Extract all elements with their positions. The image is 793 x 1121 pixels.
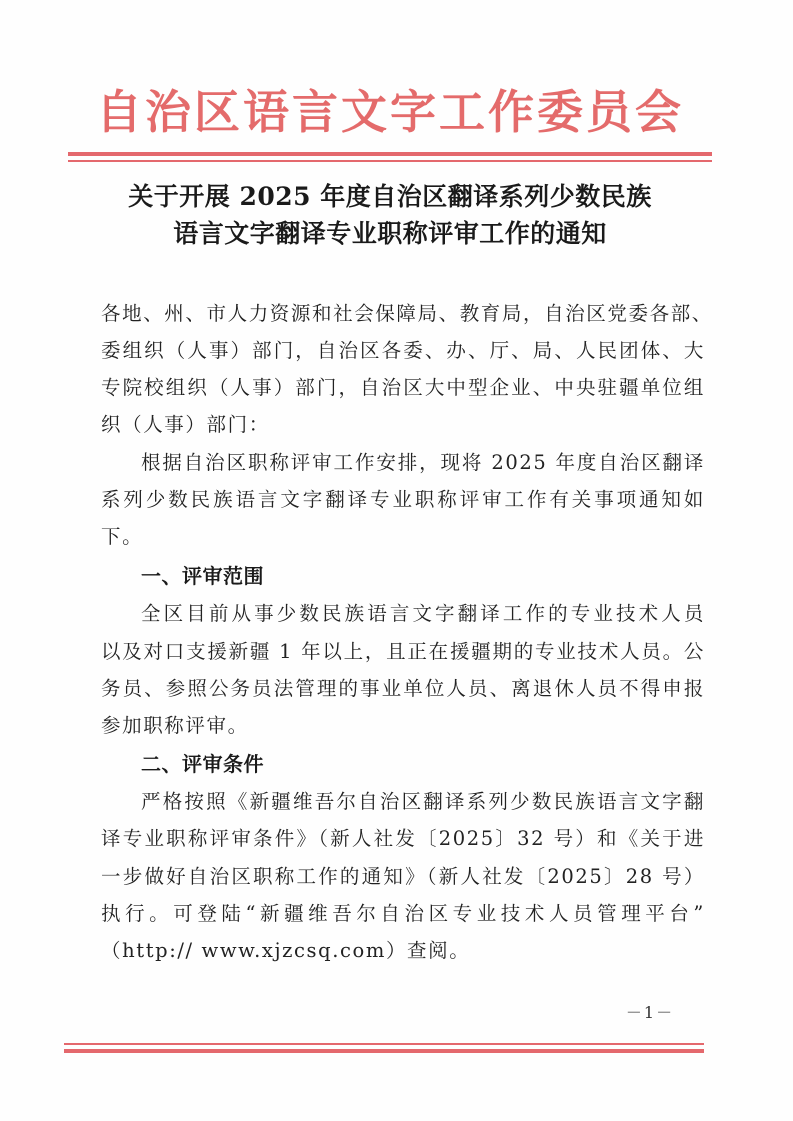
salutation-line: 委组织（人事）部门，自治区各委、办、厅、局、人民团体、大 [101,336,705,366]
document-title-line-2: 语言文字翻译专业职称评审工作的通知 [68,219,712,249]
document-title-line-1: 关于开展 2025 年度自治区翻译系列少数民族 [68,182,712,212]
section-line: 全区目前从事少数民族语言文字翻译工作的专业技术人员 [141,599,705,629]
issuer-masthead: 自治区语言文字工作委员会 [68,84,712,140]
footer-rule-thick [64,1049,704,1053]
masthead-rule-thick [68,152,712,156]
section-line: 以及对口支援新疆 1 年以上，且正在援疆期的专业技术人员。公 [101,637,705,667]
document-page: 自治区语言文字工作委员会 关于开展 2025 年度自治区翻译系列少数民族 语言文… [0,0,793,1121]
section-line: 执行。可登陆“新疆维吾尔自治区专业技术人员管理平台” [101,899,705,929]
salutation-line: 各地、州、市人力资源和社会保障局、教育局，自治区党委各部、 [101,299,705,329]
footer-rule-thin [64,1043,704,1045]
intro-line: 下。 [101,522,705,552]
intro-line: 系列少数民族语言文字翻译专业职称评审工作有关事项通知如 [101,485,705,515]
section-heading-scope: 一、评审范围 [141,561,264,591]
masthead-rule-thin [68,160,712,162]
page-number: －1－ [620,1000,680,1026]
section-heading-conditions: 二、评审条件 [141,749,264,779]
section-line-with-url: （http:// www.xjzcsq.com）查阅。 [101,936,705,966]
section-line: 一步做好自治区职称工作的通知》（新人社发〔2025〕28 号） [101,862,705,892]
intro-line: 根据自治区职称评审工作安排，现将 2025 年度自治区翻译 [141,448,705,478]
salutation-line: 专院校组织（人事）部门，自治区大中型企业、中央驻疆单位组 [101,373,705,403]
salutation-line: 织（人事）部门： [101,410,705,440]
section-line: 严格按照《新疆维吾尔自治区翻译系列少数民族语言文字翻 [141,787,705,817]
section-line: 务员、参照公务员法管理的事业单位人员、离退休人员不得申报 [101,674,705,704]
section-line: 译专业职称评审条件》（新人社发〔2025〕32 号）和《关于进 [101,824,705,854]
section-line: 参加职称评审。 [101,711,705,741]
